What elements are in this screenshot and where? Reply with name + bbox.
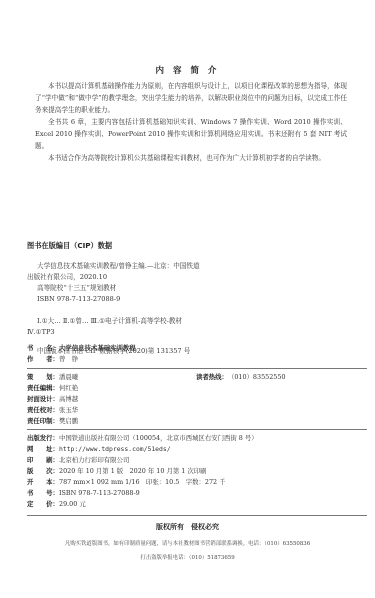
price-row: 定 价：29.00 元 (27, 499, 86, 510)
planner-row: 策 划：潘晨曦 (27, 372, 78, 383)
planner-label: 策 划： (27, 372, 59, 383)
cip-line-2: 出版社有限公司，2020.10 (27, 272, 107, 283)
book-title-label: 书 名： (27, 343, 59, 354)
cip-line-4: ISBN 978-7-113-27088-9 (37, 294, 120, 305)
cover-designer-label: 封面设计： (27, 394, 59, 405)
print-manager-label: 责任印制： (27, 416, 59, 427)
cip-line-6: Ⅳ.①TP3 (27, 327, 55, 338)
print-manager-row: 责任印制：樊启鹏 (27, 416, 78, 427)
edition-row: 版 次：2020 年 10 月第 1 版 2020 年 10 月第 1 次印刷 (27, 466, 207, 477)
editor-label: 责任编辑： (27, 383, 59, 394)
book-title-row: 书 名：大学信息技术基础实训教程 (27, 343, 136, 354)
hotline-value: （010）83552550 (228, 373, 286, 381)
format-value: 787 mm×1 092 mm 1/16 印张：10.5 字数：272 千 (59, 478, 226, 486)
cover-designer-row: 封面设计：高博越 (27, 394, 78, 405)
intro-title: 内 容 简 介 (0, 64, 375, 76)
printer-label: 印 刷： (27, 455, 59, 466)
author-row: 作 者：曾 铮 (27, 354, 78, 365)
cip-line-3: 高等院校“十三五”规划教材 (37, 283, 116, 294)
divider-3 (27, 515, 367, 516)
book-title-value: 大学信息技术基础实训教程 (59, 344, 136, 352)
isbn-label: 书 号： (27, 488, 59, 499)
intro-paragraph-3: 本书适合作为高等院校计算机公共基础课程实训教材，也可作为广大计算机初学者的自学读… (35, 152, 347, 164)
price-label: 定 价： (27, 499, 59, 510)
print-manager-value: 樊启鹏 (59, 417, 78, 425)
proofreader-label: 责任校对： (27, 405, 59, 416)
author-value: 曾 铮 (59, 355, 78, 363)
divider-1 (27, 368, 367, 369)
website-row: 网 址：http://www.tdpress.com/51eds/ (27, 444, 171, 455)
divider-2 (27, 429, 367, 430)
cip-line-5: Ⅰ.①大… Ⅱ.①曾… Ⅲ.①电子计算机-高等学校-教材 (37, 316, 182, 327)
publisher-row: 出版发行：中国铁道出版社有限公司（100054，北京市西城区右安门西街 8 号） (27, 433, 258, 444)
hotline-label: 读者热线： (196, 372, 228, 383)
price-value: 29.00 元 (59, 500, 86, 508)
cip-heading: 图书在版编目（CIP）数据 (27, 241, 112, 251)
website-label: 网 址： (27, 444, 59, 455)
piracy-hotline: 打击盗版举报电话：（010）51873659 (0, 553, 375, 561)
edition-label: 版 次： (27, 466, 59, 477)
isbn-value: ISBN 978-7-113-27088-9 (59, 489, 140, 497)
hotline-row: 读者热线：（010）83552550 (196, 372, 285, 383)
author-label: 作 者： (27, 354, 59, 365)
editor-value: 何红艳 (59, 384, 78, 392)
format-label: 开 本： (27, 477, 59, 488)
printer-value: 北京柏力行彩印有限公司 (59, 456, 129, 464)
cover-designer-value: 高博越 (59, 395, 78, 403)
planner-value: 潘晨曦 (59, 373, 78, 381)
cip-line-1: 大学信息技术基础实训教程/曾铮主编.—北京：中国铁道 (37, 261, 200, 272)
publisher-label: 出版发行： (27, 433, 59, 444)
intro-paragraph-1: 本书以提高计算机基础操作能力为原则，在内容组织与设计上，以项目化课程改革的思想为… (35, 80, 347, 116)
edition-value: 2020 年 10 月第 1 版 2020 年 10 月第 1 次印刷 (59, 467, 207, 475)
proofreader-value: 张玉华 (59, 406, 78, 414)
intro-paragraph-2: 全书共 6 章，主要内容包括计算机基础知识实训、Windows 7 操作实训、W… (35, 116, 347, 152)
proofreader-row: 责任校对：张玉华 (27, 405, 78, 416)
format-row: 开 本：787 mm×1 092 mm 1/16 印张：10.5 字数：272 … (27, 477, 226, 488)
editor-row: 责任编辑：何红艳 (27, 383, 78, 394)
publisher-value: 中国铁道出版社有限公司（100054，北京市西城区右安门西街 8 号） (59, 434, 258, 442)
copyright-notice: 版权所有 侵权必究 (0, 522, 375, 532)
website-value: http://www.tdpress.com/51eds/ (59, 445, 171, 453)
printer-row: 印 刷：北京柏力行彩印有限公司 (27, 455, 129, 466)
isbn-row: 书 号：ISBN 978-7-113-27088-9 (27, 488, 140, 499)
quality-notice: 凡购买铁道版图书，如有印制质量问题，请与本社教材图书营销部联系调换。电话：（01… (0, 539, 375, 547)
